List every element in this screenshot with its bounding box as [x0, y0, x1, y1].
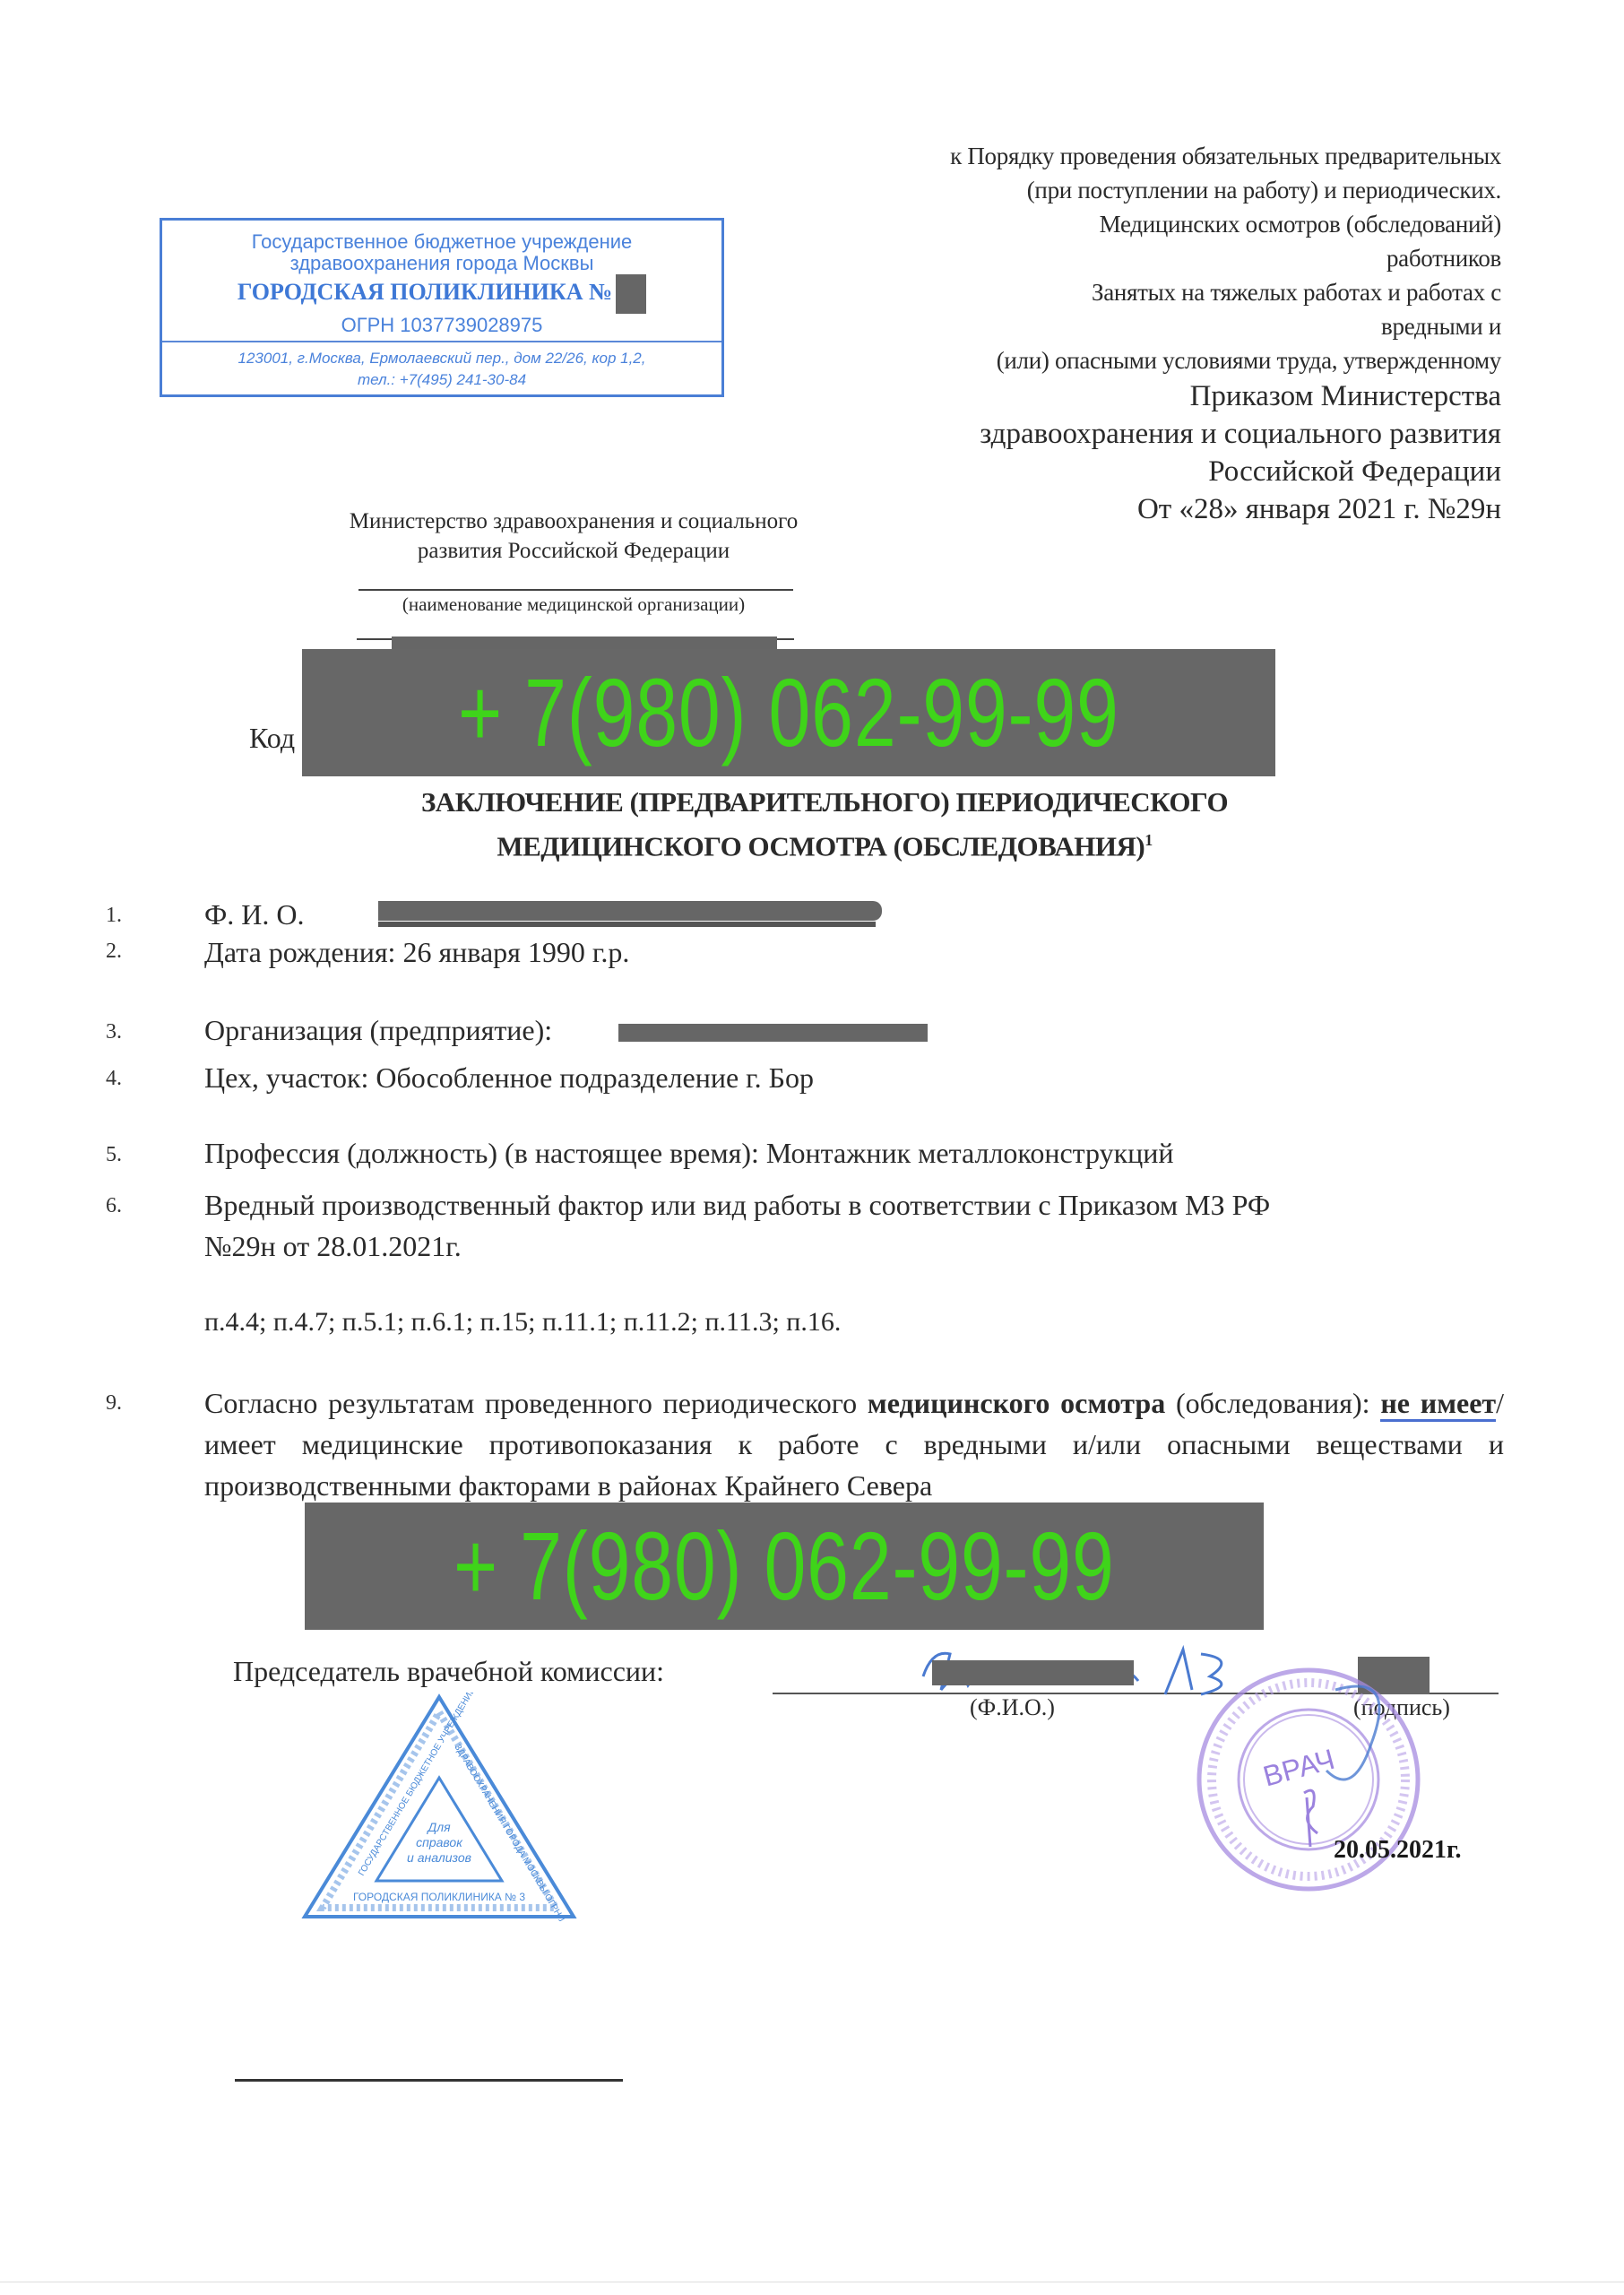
- phone-watermark: + 7(980) 062-99-99: [302, 649, 1275, 776]
- phone-watermark: + 7(980) 062-99-99: [305, 1503, 1264, 1630]
- stamp-clinic-name: ГОРОДСКАЯ ПОЛИКЛИНИКА №: [162, 274, 721, 314]
- field-birthdate: Дата рождения: 26 января 1990 г.р.: [204, 932, 629, 972]
- svg-text:и анализов: и анализов: [407, 1850, 471, 1865]
- conclusion-date: 20.05.2021г.: [1334, 1836, 1462, 1865]
- watermark-text: + 7(980) 062-99-99: [454, 1518, 1115, 1615]
- redaction-block: [616, 274, 646, 314]
- org-name-caption: (наименование медицинской организации): [296, 593, 851, 616]
- document-title: ЗАКЛЮЧЕНИЕ (ПРЕДВАРИТЕЛЬНОГО) ПЕРИОДИЧЕС…: [269, 783, 1380, 865]
- conclusion-bold: медицинского осмотра: [868, 1387, 1165, 1419]
- field-harmful-factor-label-2: №29н от 28.01.2021г.: [204, 1226, 462, 1266]
- field-number: 1.: [106, 904, 122, 928]
- field-fio-label: Ф. И. О.: [204, 895, 305, 934]
- conclusion-verdict: не имеет: [1380, 1387, 1496, 1422]
- commission-chair-label: Председатель врачебной комиссии:: [233, 1655, 664, 1688]
- field-label: Профессия (должность) (в настоящее время…: [204, 1137, 759, 1169]
- field-workshop: Цех, участок: Обособленное подразделение…: [204, 1058, 814, 1097]
- conclusion-text: Согласно результатам проведенного период…: [204, 1387, 868, 1419]
- conclusion-paragraph: Согласно результатам проведенного период…: [204, 1382, 1504, 1506]
- title-line: ЗАКЛЮЧЕНИЕ (ПРЕДВАРИТЕЛЬНОГО) ПЕРИОДИЧЕС…: [269, 783, 1380, 821]
- triangle-clinic-stamp-icon: Для справок и анализов ГОРОДСКАЯ ПОЛИКЛИ…: [300, 1693, 578, 1921]
- redaction-block: [618, 1024, 928, 1042]
- stamp-clinic-name-text: ГОРОДСКАЯ ПОЛИКЛИНИКА №: [238, 279, 612, 305]
- header-line: Занятых на тяжелых работах и работах с: [695, 275, 1501, 309]
- field-number: 6.: [106, 1194, 122, 1218]
- field-label: Дата рождения:: [204, 936, 395, 968]
- field-profession: Профессия (должность) (в настоящее время…: [204, 1133, 1174, 1173]
- field-number: 9.: [106, 1391, 122, 1416]
- org-name-underline: [358, 589, 793, 591]
- field-number: 2.: [106, 940, 122, 964]
- footnote-separator-line: [235, 2079, 623, 2082]
- field-value: Обособленное подразделение г. Бор: [376, 1061, 814, 1094]
- header-line: (при поступлении на работу) и периодичес…: [695, 173, 1501, 207]
- redaction-block: [932, 1660, 1134, 1685]
- conclusion-text: (обследования):: [1165, 1387, 1380, 1419]
- title-line: МЕДИЦИНСКОГО ОСМОТРА (ОБСЛЕДОВАНИЯ)1: [269, 821, 1380, 865]
- field-harmful-factor-value: п.4.4; п.4.7; п.5.1; п.6.1; п.15; п.11.1…: [204, 1303, 841, 1342]
- stamp-phone: тел.: +7(495) 241-30-84: [162, 369, 721, 391]
- title-line-text: МЕДИЦИНСКОГО ОСМОТРА (ОБСЛЕДОВАНИЯ): [497, 830, 1145, 862]
- watermark-text: + 7(980) 062-99-99: [458, 664, 1119, 761]
- code-label: Код: [249, 722, 295, 755]
- svg-text:ГОРОДСКАЯ ПОЛИКЛИНИКА № 3: ГОРОДСКАЯ ПОЛИКЛИНИКА № 3: [353, 1891, 525, 1903]
- header-line: (или) опасными условиями труда, утвержде…: [695, 343, 1501, 377]
- field-organization-label: Организация (предприятие):: [204, 1010, 552, 1050]
- fio-strikethrough-remnant: [378, 922, 876, 927]
- field-value: 26 января 1990 г.р.: [402, 936, 629, 968]
- header-line: работников: [695, 241, 1501, 275]
- clinic-stamp: Государственное бюджетное учреждение здр…: [160, 218, 724, 397]
- footnote-marker: 1: [1145, 831, 1153, 849]
- stamp-address: 123001, г.Москва, Ермолаевский пер., дом…: [162, 348, 721, 369]
- header-line: вредными и: [695, 309, 1501, 343]
- svg-text:Для: Для: [426, 1820, 451, 1834]
- svg-text:ВРАЧ: ВРАЧ: [1259, 1743, 1337, 1793]
- order-reference-header: к Порядку проведения обязательных предва…: [695, 139, 1501, 528]
- ministry-line: развития Российской Федерации: [296, 536, 851, 566]
- stamp-ogrn: ОГРН 1037739028975: [162, 314, 721, 337]
- svg-text:справок: справок: [416, 1835, 463, 1849]
- field-number: 3.: [106, 1020, 122, 1044]
- header-line: Медицинских осмотров (обследований): [695, 207, 1501, 241]
- field-harmful-factor-label: Вредный производственный фактор или вид …: [204, 1185, 1270, 1225]
- redaction-block: [378, 901, 882, 921]
- header-line: Приказом Министерства: [695, 377, 1501, 415]
- ministry-name: Министерство здравоохранения и социально…: [296, 507, 851, 566]
- stamp-line: Государственное бюджетное учреждение: [162, 231, 721, 253]
- stamp-line: здравоохранения города Москвы: [162, 253, 721, 274]
- field-number: 5.: [106, 1143, 122, 1167]
- field-label: Цех, участок:: [204, 1061, 368, 1094]
- fio-caption: (Ф.И.О.): [970, 1694, 1055, 1721]
- field-value: Монтажник металлоконструкций: [766, 1137, 1174, 1169]
- ministry-line: Министерство здравоохранения и социально…: [296, 507, 851, 536]
- page-bottom-edge: [0, 2282, 1624, 2282]
- field-number: 4.: [106, 1067, 122, 1091]
- header-line: Российской Федерации: [695, 453, 1501, 490]
- header-line: здравоохранения и социального развития: [695, 415, 1501, 453]
- header-line: к Порядку проведения обязательных предва…: [695, 139, 1501, 173]
